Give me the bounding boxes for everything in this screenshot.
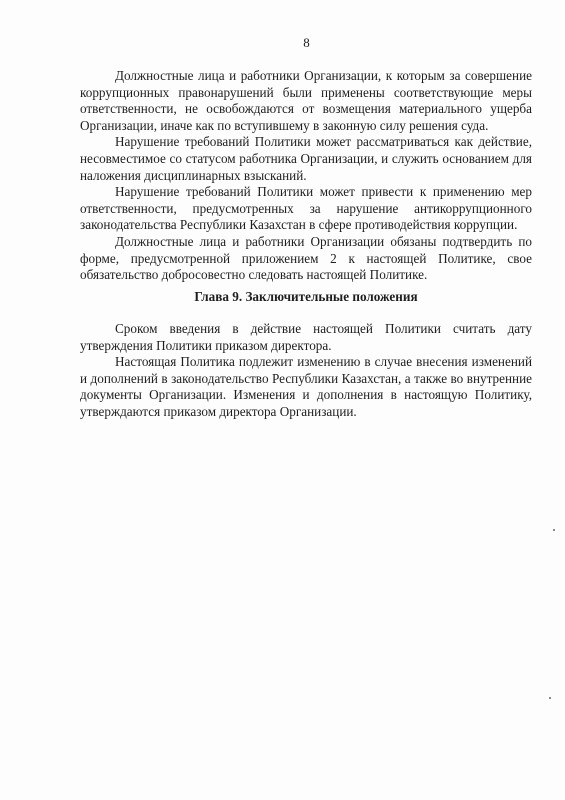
- chapter-body: Сроком введения в действие настоящей Пол…: [80, 321, 532, 421]
- paragraph: Настоящая Политика подлежит изменению в …: [80, 354, 532, 420]
- chapter-heading: Глава 9. Заключительные положения: [80, 289, 532, 305]
- document-page: 8 Должностные лица и работники Организац…: [0, 0, 565, 800]
- paragraph: Нарушение требований Политики может прив…: [80, 184, 532, 234]
- paragraph: Должностные лица и работники Организации…: [80, 234, 532, 284]
- paragraph: Сроком введения в действие настоящей Пол…: [80, 321, 532, 354]
- paragraph: Нарушение требований Политики может расс…: [80, 134, 532, 184]
- section-body: Должностные лица и работники Организации…: [80, 68, 532, 284]
- paragraph: Должностные лица и работники Организации…: [80, 68, 532, 134]
- scan-speck: [549, 697, 551, 699]
- scan-speck: [553, 529, 555, 531]
- page-number: 8: [0, 35, 565, 51]
